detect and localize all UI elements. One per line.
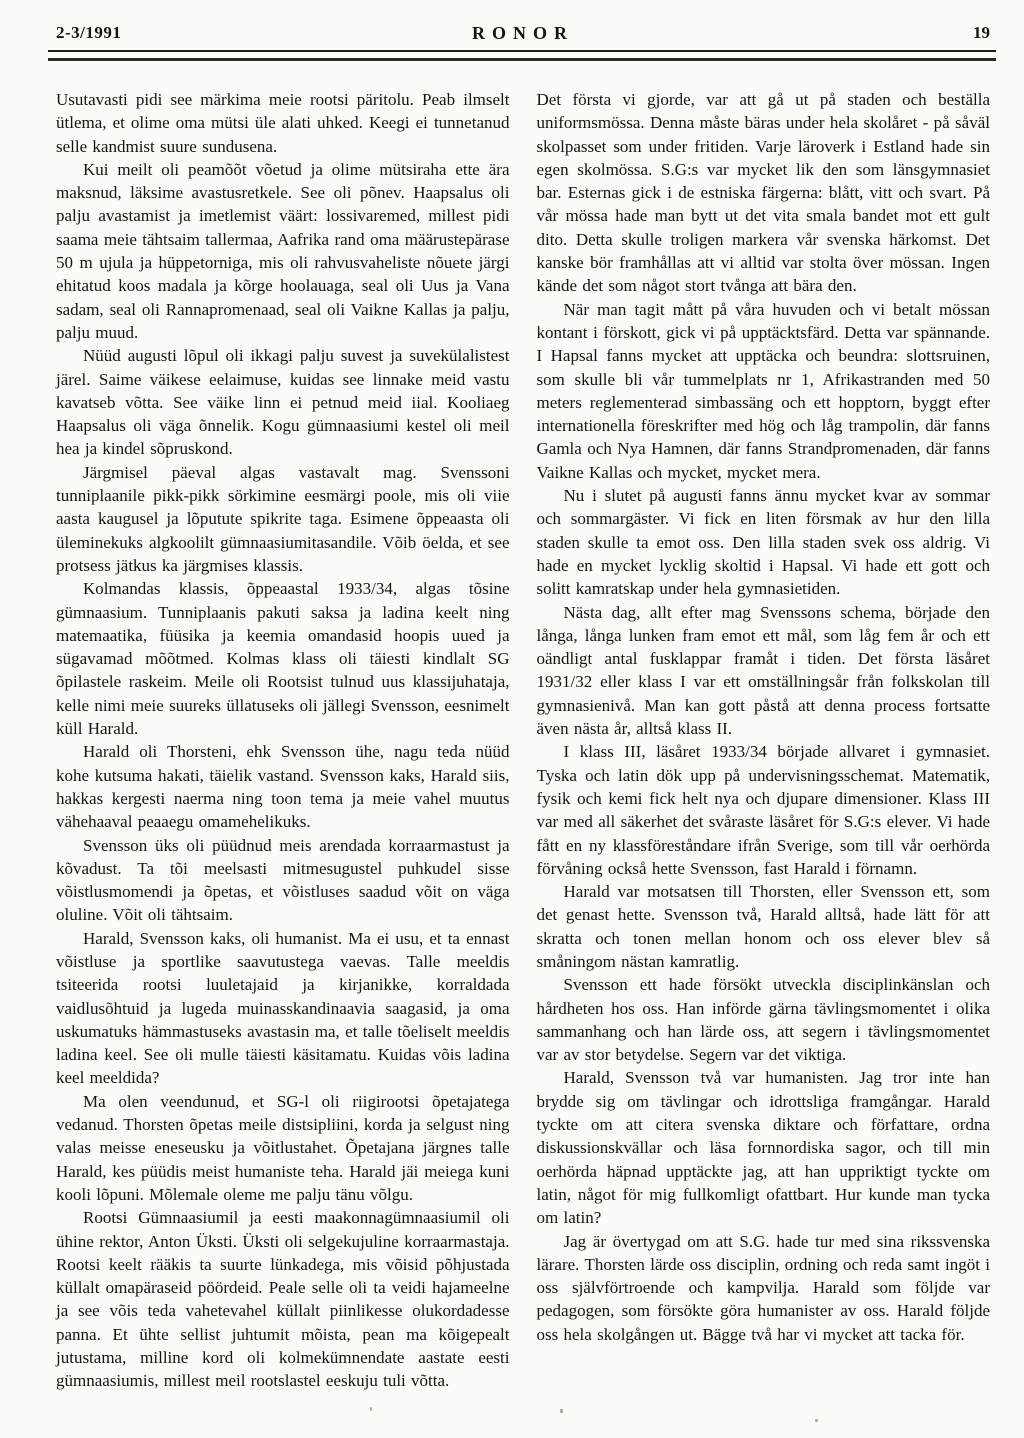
scan-speck [815, 1419, 818, 1422]
scan-speck [370, 1407, 372, 1411]
paragraph: Kui meilt oli peamõõt võetud ja olime mü… [56, 158, 510, 344]
paragraph: Ma olen veendunud, et SG-l oli riigiroot… [56, 1090, 510, 1206]
paragraph: Svensson ett hade försökt utveckla disci… [537, 973, 991, 1066]
document-page: 2-3/1991 RONOR 19 Usutavasti pidi see mä… [0, 0, 1024, 1438]
page-number: 19 [973, 23, 990, 43]
page-header: 2-3/1991 RONOR 19 [56, 23, 990, 49]
paragraph: Nu i slutet på augusti fanns ännu mycket… [537, 484, 991, 600]
paragraph: Nüüd augusti lõpul oli ikkagi palju suve… [56, 344, 510, 460]
paragraph: Det första vi gjorde, var att gå ut på s… [537, 88, 991, 298]
paragraph: I klass III, läsåret 1933/34 började all… [537, 740, 991, 880]
paragraph: När man tagit mått på våra huvuden och v… [537, 298, 991, 484]
paragraph: Jag är övertygad om att S.G. hade tur me… [537, 1230, 991, 1346]
paragraph: Järgmisel päeval algas vastavalt mag. Sv… [56, 461, 510, 577]
paragraph: Harald, Svensson kaks, oli humanist. Ma … [56, 927, 510, 1090]
paragraph: Harald oli Thorsteni, ehk Svensson ühe, … [56, 740, 510, 833]
paragraph: Kolmandas klassis, õppeaastal 1933/34, a… [56, 577, 510, 740]
journal-title: RONOR [472, 23, 574, 44]
paragraph: Harald var motsatsen till Thorsten, elle… [537, 880, 991, 973]
article-body: Usutavasti pidi see märkima meie rootsi … [56, 88, 990, 1393]
paragraph: Usutavasti pidi see märkima meie rootsi … [56, 88, 510, 158]
scan-speck [560, 1409, 563, 1413]
column-estonian: Usutavasti pidi see märkima meie rootsi … [56, 88, 510, 1393]
column-swedish: Det första vi gjorde, var att gå ut på s… [537, 88, 991, 1393]
header-rule [48, 50, 996, 61]
paragraph: Rootsi Gümnaasiumil ja eesti maakonnagüm… [56, 1206, 510, 1392]
issue-number: 2-3/1991 [56, 23, 121, 43]
paragraph: Svensson üks oli püüdnud meis arendada k… [56, 834, 510, 927]
paragraph: Nästa dag, allt efter mag Svenssons sche… [537, 601, 991, 741]
paragraph: Harald, Svensson två var humanisten. Jag… [537, 1066, 991, 1229]
